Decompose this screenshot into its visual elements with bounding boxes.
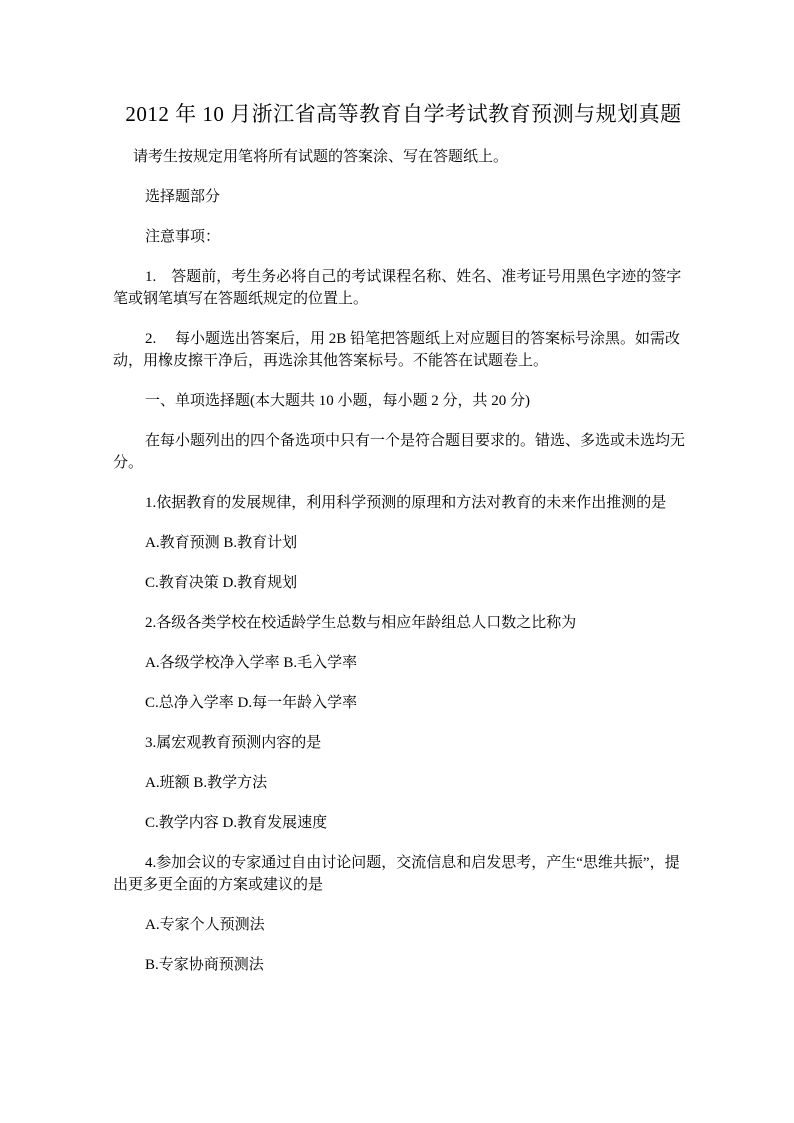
- option-line: C.总净入学率 D.每一年龄入学率: [113, 692, 694, 714]
- option-line: C.教育决策 D.教育规划: [113, 572, 694, 594]
- part-note: 在每小题列出的四个备选项中只有一个是符合题目要求的。错选、多选或未选均无分。: [113, 430, 694, 474]
- question-block-3: 3.属宏观教育预测内容的是 A.班额 B.教学方法 C.教学内容 D.教育发展速…: [113, 732, 694, 834]
- option-line: C.教学内容 D.教育发展速度: [113, 812, 694, 834]
- note-item-1: 1. 答题前，考生务必将自己的考试课程名称、姓名、准考证号用黑色字迹的签字笔或钢…: [113, 266, 694, 310]
- question-block-4: 4.参加会议的专家通过自由讨论问题，交流信息和启发思考，产生“思维共振”，提出更…: [113, 852, 694, 976]
- option-line: A.专家个人预测法: [113, 914, 694, 936]
- question-block-1: 1.依据教育的发展规律，利用科学预测的原理和方法对教育的未来作出推测的是 A.教…: [113, 492, 694, 594]
- part-heading: 一、单项选择题(本大题共 10 小题，每小题 2 分，共 20 分): [113, 390, 694, 412]
- question-stem: 3.属宏观教育预测内容的是: [113, 732, 694, 754]
- option-line: A.班额 B.教学方法: [113, 772, 694, 794]
- option-line: A.教育预测 B.教育计划: [113, 532, 694, 554]
- question-stem: 4.参加会议的专家通过自由讨论问题，交流信息和启发思考，产生“思维共振”，提出更…: [113, 852, 694, 896]
- notes-heading: 注意事项：: [113, 226, 694, 248]
- option-line: A.各级学校净入学率 B.毛入学率: [113, 652, 694, 674]
- question-stem: 2.各级各类学校在校适龄学生总数与相应年龄组总人口数之比称为: [113, 612, 694, 634]
- section-label: 选择题部分: [113, 186, 694, 208]
- exam-instruction: 请考生按规定用笔将所有试题的答案涂、写在答题纸上。: [113, 146, 694, 168]
- question-stem: 1.依据教育的发展规律，利用科学预测的原理和方法对教育的未来作出推测的是: [113, 492, 694, 514]
- note-item-2: 2. 每小题选出答案后，用 2B 铅笔把答题纸上对应题目的答案标号涂黑。如需改动…: [113, 328, 694, 372]
- document-page: 2012 年 10 月浙江省高等教育自学考试教育预测与规划真题 请考生按规定用笔…: [0, 0, 794, 1123]
- question-block-2: 2.各级各类学校在校适龄学生总数与相应年龄组总人口数之比称为 A.各级学校净入学…: [113, 612, 694, 714]
- option-line: B.专家协商预测法: [113, 954, 694, 976]
- page-title: 2012 年 10 月浙江省高等教育自学考试教育预测与规划真题: [113, 100, 694, 128]
